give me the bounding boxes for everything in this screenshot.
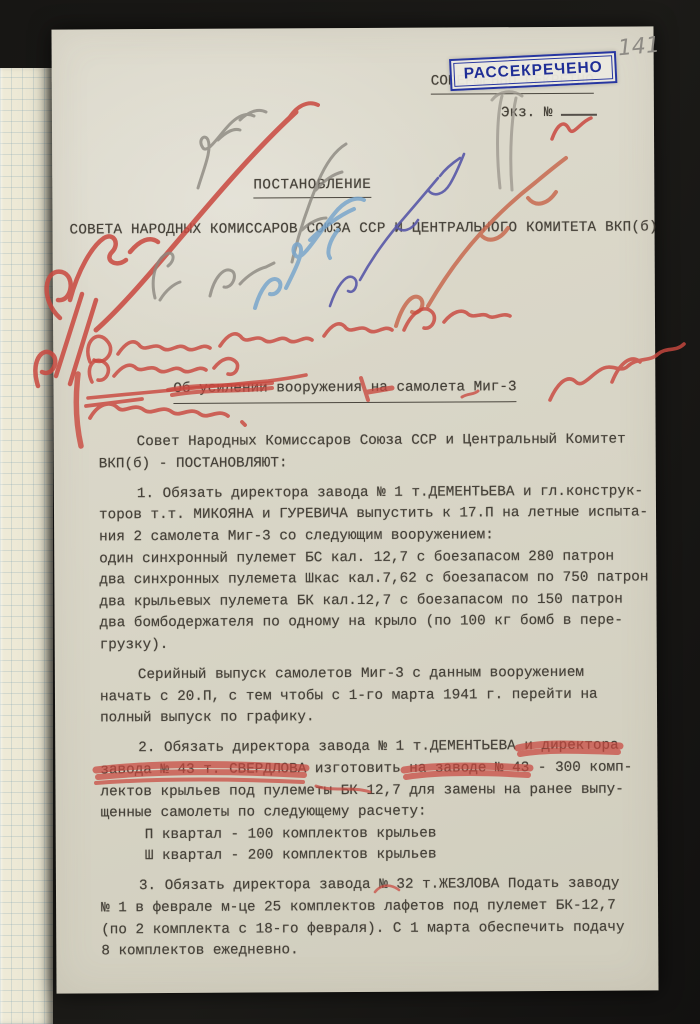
typed-line: два синхронных пулемета Шкас кал.7,62 с … <box>99 570 648 589</box>
typed-line: начать с 20.П, с тем чтобы с 1-го марта … <box>100 686 598 705</box>
typed-line: 3. Обязать директора завода № 32 т.ЖЕЗЛО… <box>139 876 620 895</box>
decree-subheading: СОВЕТА НАРОДНЫХ КОМИССАРОВ СОЮЗА ССР И Ц… <box>69 217 657 241</box>
typed-line: грузку). <box>100 637 169 653</box>
typed-line: ВКП(б) - ПОСТАНОВЛЯЮТ: <box>99 455 288 472</box>
decree-heading: ПОСТАНОВЛЕНИЕ <box>253 175 371 199</box>
typed-line: один синхронный пулемет БС кал. 12,7 с б… <box>99 548 614 567</box>
copy-number-blank <box>561 114 597 116</box>
typed-line: два бомбодержателя по одному на крыло (п… <box>100 613 623 632</box>
document-page: 141 СОВЕРШЕННО СЕКРЕТНО Экз. № РАССЕКРЕЧ… <box>51 26 658 993</box>
typed-line: 8 комплектов ежедневно. <box>101 942 298 959</box>
typed-line: лектов крыльев под пулеметы БК 12,7 для … <box>100 781 623 800</box>
decree-title: Об усилении вооружения на самолета Миг-3 <box>173 377 516 404</box>
typed-line: Серийный выпуск самолетов Миг-3 с данным… <box>138 665 584 683</box>
typed-line: завода № 43 т. СВЕРДЛОВА изготовить на з… <box>100 759 632 778</box>
declassified-stamp-text: РАССЕКРЕЧЕНО <box>453 55 613 87</box>
typed-line: торов т.т. МИКОЯНА и ГУРЕВИЧА выпустить … <box>99 505 648 524</box>
typed-line: 2. Обязать директора завода № 1 т.ДЕМЕНТ… <box>138 738 619 757</box>
typed-line: щенные самолеты по следующему расчету: <box>101 804 427 822</box>
copy-number-label: Экз. № <box>501 105 553 121</box>
decree-body: Совет Народных Комиссаров Союза ССР и Це… <box>51 26 653 29</box>
typed-line: полный выпуск по графику. <box>100 709 315 726</box>
typed-line: два крыльевых пулемета БК кал.12,7 с бое… <box>99 591 622 610</box>
typed-line: 1. Обязать директора завода № 1 т.ДЕМЕНТ… <box>137 483 643 502</box>
copy-number-line: Экз. № <box>501 103 598 125</box>
page-number: 141 <box>616 32 661 61</box>
typed-line: Ш квартал - 200 комплектов крыльев <box>145 847 437 865</box>
notebook-grid-page-edge <box>0 68 53 1024</box>
typed-line: № 1 в феврале м-це 25 комплектов лафетов… <box>101 898 616 917</box>
typed-line: ния 2 самолета Миг-3 со следующим вооруж… <box>99 527 494 545</box>
typed-line: Совет Народных Комиссаров Союза ССР и Це… <box>137 432 626 451</box>
typed-line: П квартал - 100 комплектов крыльев <box>145 825 437 843</box>
typed-line: (по 2 комплекта с 18-го февраля). С 1 ма… <box>101 919 624 938</box>
photographed-archive-scene: 141 СОВЕРШЕННО СЕКРЕТНО Экз. № РАССЕКРЕЧ… <box>0 0 700 1024</box>
